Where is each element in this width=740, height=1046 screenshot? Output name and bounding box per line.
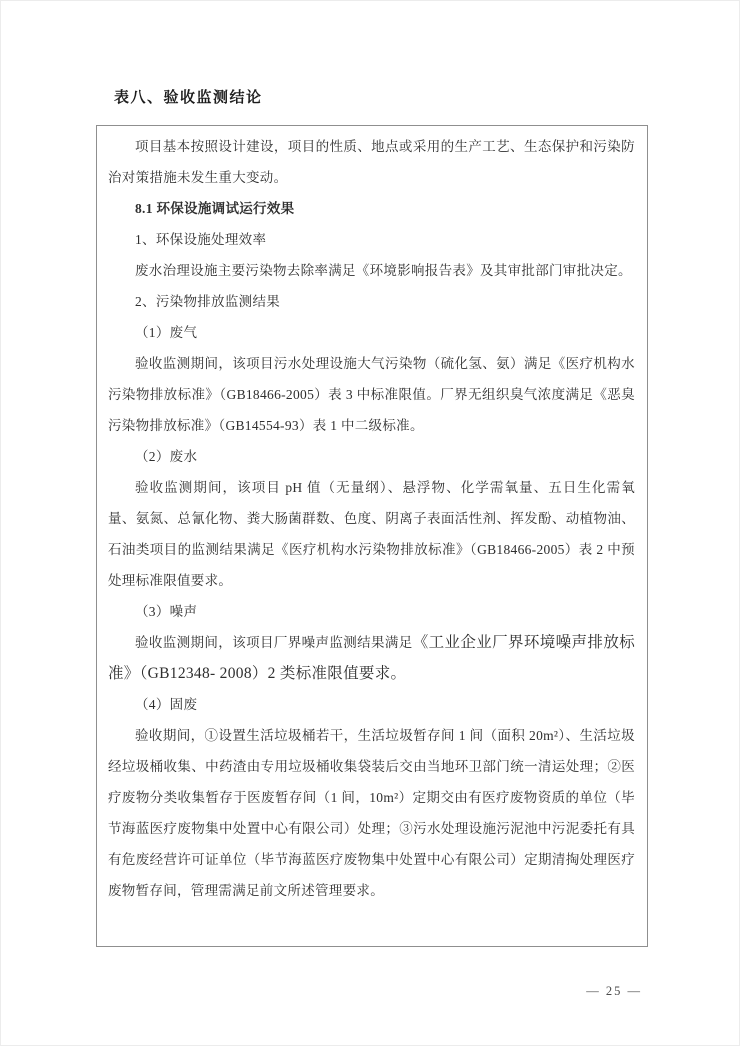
paragraph-text: 验收监测期间，该项目厂界噪声监测结果满足 [135, 635, 413, 650]
para-noise-result: 验收监测期间，该项目厂界噪声监测结果满足《工业企业厂界环境噪声排放标准》（GB1… [108, 627, 635, 689]
document-title: 表八、验收监测结论 [114, 86, 263, 107]
heading-8-1: 8.1 环保设施调试运行效果 [108, 193, 635, 224]
subheading-2-1-waste-gas: （1）废气 [108, 317, 635, 348]
para-solid-waste-result: 验收期间，①设置生活垃圾桶若干，生活垃圾暂存间 1 间（面积 20m²）、生活垃… [108, 720, 635, 906]
subheading-2-3-noise: （3）噪声 [108, 596, 635, 627]
paragraph-text: （1）废气 [135, 325, 197, 340]
paragraph-text: 废水治理设施主要污染物去除率满足《环境影响报告表》及其审批部门审批决定。 [135, 263, 632, 278]
para-project-overview: 项目基本按照设计建设，项目的性质、地点或采用的生产工艺、生态保护和污染防治对策措… [108, 131, 635, 193]
paragraph-text: （3）噪声 [135, 604, 197, 619]
para-waste-water-result: 验收监测期间，该项目 pH 值（无量纲）、悬浮物、化学需氧量、五日生化需氧量、氨… [108, 472, 635, 596]
paragraph-text: 1、环保设施处理效率 [135, 232, 266, 247]
paragraph-text: 验收监测期间，该项目污水处理设施大气污染物（硫化氢、氨）满足《医疗机构水污染物排… [108, 356, 635, 433]
paragraph-text: 2、污染物排放监测结果 [135, 294, 280, 309]
paragraph-text: 验收期间，①设置生活垃圾桶若干，生活垃圾暂存间 1 间（面积 20m²）、生活垃… [108, 728, 635, 898]
document-page: 表八、验收监测结论 项目基本按照设计建设，项目的性质、地点或采用的生产工艺、生态… [0, 0, 740, 1046]
para-wastewater-removal-rate: 废水治理设施主要污染物去除率满足《环境影响报告表》及其审批部门审批决定。 [108, 255, 635, 286]
paragraph-text: 验收监测期间，该项目 pH 值（无量纲）、悬浮物、化学需氧量、五日生化需氧量、氨… [108, 480, 635, 588]
paragraph-text: 项目基本按照设计建设，项目的性质、地点或采用的生产工艺、生态保护和污染防治对策措… [108, 139, 635, 185]
subheading-2-2-waste-water: （2）废水 [108, 441, 635, 472]
paragraph-text: （4）固废 [135, 697, 197, 712]
subheading-2-4-solid-waste: （4）固废 [108, 689, 635, 720]
subheading-2: 2、污染物排放监测结果 [108, 286, 635, 317]
page-number: — 25 — [586, 984, 642, 999]
content-box: 项目基本按照设计建设，项目的性质、地点或采用的生产工艺、生态保护和污染防治对策措… [96, 125, 648, 947]
paragraph-text: 8.1 环保设施调试运行效果 [135, 201, 294, 216]
paragraph-text: （2）废水 [135, 449, 197, 464]
subheading-1: 1、环保设施处理效率 [108, 224, 635, 255]
para-waste-gas-result: 验收监测期间，该项目污水处理设施大气污染物（硫化氢、氨）满足《医疗机构水污染物排… [108, 348, 635, 441]
